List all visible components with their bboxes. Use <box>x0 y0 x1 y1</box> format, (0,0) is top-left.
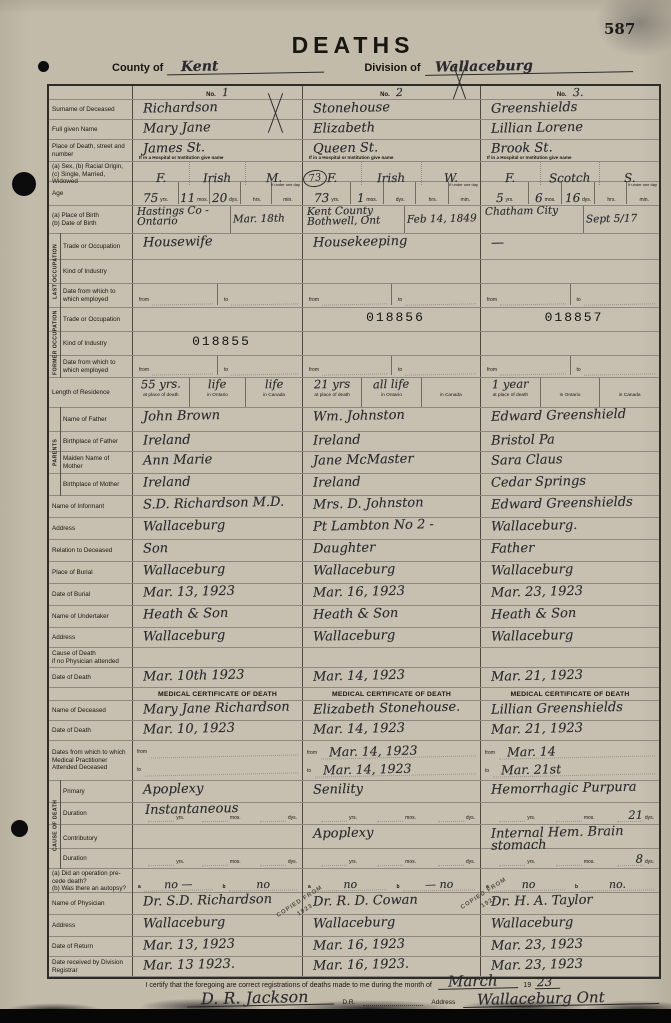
handwritten-value <box>145 762 298 776</box>
section-label-parents: PARENTS <box>50 408 61 496</box>
autopsy-field: b— no <box>392 869 481 892</box>
row-sex-origin-status: (a) Sex, (b) Racial Origin, (c) Single, … <box>49 162 659 182</box>
handwritten-value <box>313 260 478 263</box>
row-former-trade: Trade or Occupation018856018857 <box>49 308 659 332</box>
cell-date-of-return-col2: Mar. 16, 1923 <box>303 937 481 956</box>
cell-informant-address-col1: Wallaceburg <box>133 518 303 539</box>
county-label: County of <box>112 62 163 74</box>
duration-segment: mos. <box>362 812 421 822</box>
cell-physician-col2: Dr. R. D. Cowan <box>303 893 481 914</box>
cell-burial-place-col3: Wallaceburg <box>481 562 659 583</box>
handwritten-value: Mar. 21st <box>493 761 655 777</box>
printed-label: yrs. <box>349 815 357 821</box>
handwritten-value: Ireland <box>313 432 478 448</box>
printed-label: Age <box>52 190 63 198</box>
handwritten-value: Ireland <box>313 474 478 490</box>
cell-burial-date-col1: Mar. 13, 1923 <box>133 584 303 605</box>
printed-label: Contributory <box>63 835 97 843</box>
printed-label: (a) Did an operation pre- cede death? (b… <box>52 870 126 893</box>
printed-label: mos. <box>584 815 595 821</box>
row-relation: Relation to DeceasedSonDaughterFather <box>49 540 659 562</box>
handwritten-value: 8 <box>617 854 643 866</box>
handwritten-value: Elizabeth Stonehouse. <box>313 701 478 717</box>
handwritten-value: 018856 <box>313 312 478 324</box>
printed-label: MEDICAL CERTIFICATE OF DEATH <box>158 691 277 698</box>
age-segment: 11mos. <box>178 182 209 204</box>
printed-label: dys. <box>582 197 591 203</box>
handwritten-value <box>143 260 300 263</box>
printed-label: b <box>397 884 400 890</box>
printed-label: Name of Deceased <box>52 707 106 715</box>
handwritten-value: Wallaceburg <box>143 562 300 578</box>
handwritten-value: Mar. 23, 1923 <box>491 957 657 973</box>
cell-operation-autopsy-col1: ano —bno <box>133 869 303 894</box>
printed-label: in Ontario <box>207 393 228 398</box>
printed-label: from <box>137 749 147 755</box>
cell-former-dates-col2: fromto <box>303 356 481 377</box>
handwritten-value: Brook St. <box>491 140 657 156</box>
row-label-cell: Date of Burial <box>49 584 133 605</box>
handwritten-value <box>143 308 300 311</box>
row-label-cell: Name of Father <box>49 408 133 431</box>
handwritten-value: all life <box>373 379 410 394</box>
handwritten-value: 6 <box>535 193 543 205</box>
handwritten-value: Dr. H. A. Taylor <box>491 893 657 909</box>
cell-cause-contributory-duration-col2: yrs.mos.dys. <box>303 849 481 868</box>
printed-label: Duration <box>63 855 87 863</box>
handwritten-value <box>143 648 300 651</box>
cell-mother-birthplace-col3: Cedar Springs <box>481 474 659 495</box>
printed-label: Name of Undertaker <box>52 613 109 621</box>
age-segment: hrs. <box>240 182 271 204</box>
to-field: to <box>391 356 480 375</box>
from-field: from <box>481 356 570 375</box>
handwritten-value: Dr. R. D. Cowan <box>313 893 478 909</box>
duration-segment: dys. <box>421 812 480 822</box>
handwritten-value: 2 <box>396 87 403 98</box>
printed-label: dys. <box>288 859 297 865</box>
printed-label: in Canada <box>263 393 285 398</box>
cell-medical-certificate-header-col2: MEDICAL CERTIFICATE OF DEATH <box>303 688 481 700</box>
to-field: to <box>137 764 298 775</box>
row-informant: Name of InformantS.D. Richardson M.D.Mrs… <box>49 496 659 518</box>
handwritten-value <box>322 364 387 375</box>
row-label-cell: Address <box>49 915 133 936</box>
row-label-cell: Dates from which to which Medical Practi… <box>49 741 133 780</box>
cell-undertaker-col3: Heath & Son <box>481 606 659 627</box>
printed-label: dys. <box>466 815 475 821</box>
handwritten-value: Edward Greenshields <box>491 496 657 512</box>
handwritten-value: Elizabeth <box>313 120 478 136</box>
row-label-cell: Duration <box>49 803 133 824</box>
row-last-trade: Trade or OccupationHousewifeHousekeeping… <box>49 234 659 260</box>
handwritten-value: Ireland <box>143 432 300 448</box>
printed-label: yrs. <box>160 197 168 203</box>
row-label-cell: Name of Deceased <box>49 701 133 720</box>
handwritten-value: Mar. 16, 1923 <box>313 937 478 953</box>
row-physician: Name of PhysicianDr. S.D. RichardsonDr. … <box>49 893 659 915</box>
printed-label: from <box>139 297 149 303</box>
cell-last-industry-col3 <box>481 260 659 283</box>
cell-cause-contributory-col3: Internal Hem. Brain stomach <box>481 825 659 852</box>
place-of-birth: Hastings Co - Ontario <box>133 206 231 233</box>
handwritten-value: 21 yrs <box>314 379 350 394</box>
printed-label: in Ontario <box>381 393 402 398</box>
duration-segment: dys. <box>246 812 302 822</box>
printed-label: Address <box>52 634 75 642</box>
cell-last-industry-col2 <box>303 260 481 283</box>
handwritten-value: 20 <box>212 192 228 204</box>
cell-former-dates-col1: fromto <box>133 356 303 377</box>
printed-label: hrs. <box>253 197 261 203</box>
printed-label: Kind of Industry <box>63 268 107 276</box>
cell-cause-primary-duration-col2: yrs.mos.dys. <box>303 803 481 824</box>
handwritten-value: Instantaneous <box>145 803 239 817</box>
cell-surname-col3: Greenshields <box>481 100 659 119</box>
printed-label: mos. <box>197 197 208 203</box>
row-label-cell: Date of Death <box>49 721 133 740</box>
cell-date-of-death-col1: Mar. 10th 1923 <box>133 668 303 687</box>
cell-cert-name-col1: Mary Jane Richardson <box>133 701 303 720</box>
handwritten-value: Wallaceburg <box>491 562 657 578</box>
printed-label: b <box>223 884 226 890</box>
handwritten-value: Queen St. <box>313 140 478 156</box>
row-label-cell: Place of Burial <box>49 562 133 583</box>
printed-label: Trade or Occupation <box>63 243 120 251</box>
age-segment: 20dys. <box>209 182 240 204</box>
cell-father-birthplace-col3: Bristol Pa <box>481 432 659 451</box>
cell-former-trade-col3: 018857 <box>481 308 659 331</box>
from-field: from <box>137 746 298 757</box>
cell-informant-address-col3: Wallaceburg. <box>481 518 659 539</box>
row-last-industry: Kind of Industry <box>49 260 659 284</box>
cell-undertaker-col2: Heath & Son <box>303 606 481 627</box>
printed-label: MEDICAL CERTIFICATE OF DEATH <box>511 691 630 698</box>
printed-label: min. <box>283 197 292 203</box>
handwritten-value: Bristol Pa <box>491 432 657 448</box>
printed-label: min. <box>461 197 470 203</box>
printed-label: mos. <box>230 859 241 865</box>
cell-place-of-death-col2: Queen St.If in a Hospital or Institution… <box>303 140 481 161</box>
printed-label: Primary <box>63 788 85 796</box>
handwritten-value <box>260 812 286 823</box>
handwritten-value: Greenshields <box>491 100 657 116</box>
handwritten-value <box>322 294 387 305</box>
cell-birth-col2: Kent County Bothwell, OntFeb 14, 1849 <box>303 206 481 233</box>
printed-label: from <box>487 367 497 373</box>
hole-punch <box>38 61 49 72</box>
row-surname: Surname of DeceasedRichardsonStonehouseG… <box>49 100 659 120</box>
cell-date-of-return-col1: Mar. 13, 1923 <box>133 937 303 956</box>
handwritten-value: Sara Claus <box>491 452 657 468</box>
scan-bottom-edge <box>0 1009 671 1023</box>
handwritten-value <box>313 332 478 335</box>
cell-given-name-col2: Elizabeth <box>303 120 481 139</box>
row-cert-name: Name of DeceasedMary Jane RichardsonEliz… <box>49 701 659 721</box>
handwritten-value: 1 <box>222 87 229 98</box>
handwritten-value: Daughter <box>313 540 478 556</box>
printed-label: Dates from which to which Medical Practi… <box>52 749 126 772</box>
cell-mother-birthplace-col2: Ireland <box>303 474 481 495</box>
date-of-birth: Mar. 18th <box>231 206 302 233</box>
printed-label: Kind of Industry <box>63 340 107 348</box>
handwritten-value: Heath & Son <box>313 606 478 622</box>
handwritten-value: Mar. 23, 1923 <box>491 937 657 953</box>
row-label-cell: Length of Residence <box>49 378 133 407</box>
duration-segment: dys. <box>421 856 480 866</box>
handwritten-value: 5 <box>496 193 504 205</box>
cell-date-of-death-col3: Mar. 21, 1923 <box>481 668 659 687</box>
duration-segment: 8dys. <box>600 854 659 866</box>
handwritten-value <box>405 364 476 375</box>
handwritten-value: Wallaceburg <box>143 628 300 644</box>
printed-label: from <box>309 367 319 373</box>
handwritten-value: Heath & Son <box>143 606 300 622</box>
handwritten-value: Mar. 23, 1923 <box>491 584 657 600</box>
row-mother: Maiden Name of MotherAnn MarieJane McMas… <box>49 452 659 474</box>
handwritten-value: Lillian Lorene <box>491 120 657 136</box>
cell-cause-primary-duration-col3: yrs.mos.21dys. <box>481 803 659 824</box>
cell-medical-certificate-header-col3: MEDICAL CERTIFICATE OF DEATH <box>481 688 659 700</box>
printed-label: If under one day <box>271 182 300 187</box>
handwritten-value: no — <box>144 879 213 892</box>
row-burial-date: Date of BurialMar. 13, 1923Mar. 16, 1923… <box>49 584 659 606</box>
printed-label: dys. <box>466 859 475 865</box>
cell-cause-no-physician-col3 <box>481 648 659 667</box>
printed-label: from <box>485 750 495 756</box>
handwritten-value: no <box>228 879 297 892</box>
handwritten-value: 16 <box>565 192 581 204</box>
cell-last-dates-col1: fromto <box>133 284 303 307</box>
date-of-birth: Feb 14, 1849 <box>405 206 480 233</box>
cell-physician-address-col1: Wallaceburg <box>133 915 303 936</box>
hole-punch <box>12 172 36 196</box>
row-medical-certificate-header: MEDICAL CERTIFICATE OF DEATHMEDICAL CERT… <box>49 688 659 701</box>
cell-mother-col3: Sara Claus <box>481 452 659 473</box>
age-segment: hrs. <box>415 182 447 204</box>
row-label-cell: Full given Name <box>49 120 133 139</box>
printed-label: yrs. <box>349 859 357 865</box>
cell-attended-dates-col3: fromMar. 14toMar. 21st <box>481 741 659 780</box>
handwritten-value <box>491 332 657 335</box>
row-label-cell: (a) Place of Birth (b) Date of Birth <box>49 206 133 233</box>
operation-field: ano — <box>133 869 218 892</box>
cell-given-name-col3: Lillian Lorene <box>481 120 659 139</box>
printed-label: Date of Return <box>52 943 93 951</box>
cell-father-birthplace-col2: Ireland <box>303 432 481 451</box>
place-of-birth: Chatham City <box>481 206 584 233</box>
handwritten-value: Ann Marie <box>143 452 300 468</box>
row-cause-contributory: ContributoryApoplexyInternal Hem. Brain … <box>49 825 659 849</box>
cell-former-trade-col1 <box>133 308 303 331</box>
handwritten-value: Mar. 13 1923. <box>143 957 300 973</box>
row-label-cell: Relation to Deceased <box>49 540 133 561</box>
cell-former-trade-col2: 018856 <box>303 308 481 331</box>
printed-label: MEDICAL CERTIFICATE OF DEATH <box>332 691 451 698</box>
handwritten-value: Wallaceburg <box>491 915 657 931</box>
x-mark <box>262 92 288 134</box>
handwritten-value: Lillian Greenshields <box>491 701 657 717</box>
handwritten-value: Wallaceburg <box>313 915 478 931</box>
row-label-cell: (a) Did an operation pre- cede death? (b… <box>49 869 133 894</box>
printed-label: If in a Hospital or Institution give nam… <box>487 155 571 160</box>
cell-last-dates-col2: fromto <box>303 284 481 307</box>
printed-label: in Canada <box>440 393 462 398</box>
cell-place-of-death-col3: Brook St.If in a Hospital or Institution… <box>481 140 659 161</box>
handwritten-value: Mar. 14, 1923 <box>313 721 478 737</box>
cell-cause-contributory-duration-col1: yrs.mos.dys. <box>133 849 303 868</box>
handwritten-value <box>556 812 582 823</box>
row-burial-place: Place of BurialWallaceburgWallaceburgWal… <box>49 562 659 584</box>
handwritten-value: Mar. 10th 1923 <box>143 668 300 684</box>
handwritten-value: Mar. 14, 1923 <box>315 761 476 777</box>
residence-segment: lifein Canada <box>245 378 302 407</box>
handwritten-value <box>152 364 213 375</box>
cell-residence-col1: 55 yrs.at place of deathlifein Ontarioli… <box>133 378 303 407</box>
section-label-last-occupation: LAST OCCUPATION <box>50 234 61 308</box>
cell-residence-col2: 21 yrsat place of deathall lifein Ontari… <box>303 378 481 407</box>
cell-cert-name-col2: Elizabeth Stonehouse. <box>303 701 481 720</box>
handwritten-value: — no <box>402 879 475 892</box>
printed-label: Date received by Division Registrar <box>52 959 123 974</box>
duration-segment: mos. <box>540 856 599 866</box>
cell-medical-certificate-header-col1: MEDICAL CERTIFICATE OF DEATH <box>133 688 303 700</box>
cell-date-of-return-col3: Mar. 23, 1923 <box>481 937 659 956</box>
row-cert-date-of-death: Date of DeathMar. 10, 1923Mar. 14, 1923M… <box>49 721 659 741</box>
handwritten-value: 73 <box>314 192 330 204</box>
row-attended-dates: Dates from which to which Medical Practi… <box>49 741 659 781</box>
duration-segment: yrs. <box>481 812 540 822</box>
row-father-birthplace: Birthplace of FatherIrelandIrelandBristo… <box>49 432 659 452</box>
row-label-cell: Place of Death, street and number <box>49 140 133 161</box>
row-label-cell: Primary <box>49 781 133 802</box>
printed-label: Date of Burial <box>52 591 90 599</box>
cell-burial-place-col2: Wallaceburg <box>303 562 481 583</box>
handwritten-value: Father <box>491 540 657 556</box>
handwritten-value <box>500 364 566 375</box>
row-label-cell: Surname of Deceased <box>49 100 133 119</box>
printed-label: Relation to Deceased <box>52 547 112 555</box>
handwritten-value: Feb 14, 1849 <box>407 214 477 225</box>
cell-cause-contributory-col2: Apoplexy <box>303 825 481 852</box>
printed-label: dys. <box>288 815 297 821</box>
printed-label: a <box>138 884 141 890</box>
duration-segment: 21dys. <box>600 810 659 822</box>
handwritten-value: 1 year <box>492 379 529 394</box>
printed-label: Length of Residence <box>52 389 110 397</box>
cell-former-dates-col3: fromto <box>481 356 659 377</box>
handwritten-value: 11 <box>180 192 196 204</box>
printed-label: to <box>577 367 581 373</box>
handwritten-value <box>313 648 478 651</box>
printed-label: If in a Hospital or Institution give nam… <box>139 155 223 160</box>
row-label-cell: Date from which to which employed <box>49 356 133 377</box>
printed-label: from <box>307 750 317 756</box>
age-segment: 6mos. <box>528 182 561 204</box>
handwritten-value: 018857 <box>491 312 657 324</box>
to-field: to <box>217 284 302 305</box>
handwritten-value: Mar. 10, 1923 <box>143 721 300 737</box>
printed-label: Place of Burial <box>52 569 93 577</box>
printed-label: Address <box>52 922 75 930</box>
handwritten-value: Son <box>143 540 300 556</box>
cell-father-col2: Wm. Johnston <box>303 408 481 431</box>
duration-segment: mos. <box>189 856 245 866</box>
handwritten-value <box>405 294 476 305</box>
printed-label: to <box>485 768 489 774</box>
handwritten-value <box>438 856 464 867</box>
cell-undertaker-address-col3: Wallaceburg <box>481 628 659 647</box>
from-field: from <box>133 284 217 305</box>
printed-label: Name of Informant <box>52 503 104 511</box>
row-label-cell: Date of Death <box>49 668 133 687</box>
row-father: Name of FatherJohn BrownWm. JohnstonEdwa… <box>49 408 659 432</box>
printed-label: from <box>487 297 497 303</box>
cell-cert-date-of-death-col3: Mar. 21, 1923 <box>481 721 659 740</box>
to-field: toMar. 21st <box>485 763 655 776</box>
cell-father-birthplace-col1: Ireland <box>133 432 303 451</box>
printed-label: min. <box>639 197 648 203</box>
row-label-cell: Cause of Death if no Physician attended <box>49 648 133 667</box>
handwritten-value <box>377 856 403 867</box>
duration-segment: dys. <box>246 856 302 866</box>
handwritten-value: Hastings Co - Ontario <box>137 206 228 228</box>
handwritten-value: S.D. Richardson M.D. <box>143 496 300 512</box>
row-physician-address: AddressWallaceburgWallaceburgWallaceburg <box>49 915 659 937</box>
printed-label: If under one day <box>449 182 478 187</box>
handwritten-value: no. <box>581 879 654 892</box>
row-label-cell <box>49 86 133 99</box>
row-last-dates: Date from which to which employedfromtof… <box>49 284 659 308</box>
row-label-cell: Maiden Name of Mother <box>49 452 133 473</box>
handwritten-value: Mar. 16, 1923. <box>313 957 478 973</box>
handwritten-value: Pt Lambton No 2 - <box>313 518 478 534</box>
printed-label: Address <box>52 525 75 533</box>
printed-label: yrs. <box>331 197 339 203</box>
cell-cause-primary-col2: Senility <box>303 781 481 802</box>
printed-label: Place of Death, street and number <box>52 143 131 158</box>
hole-punch <box>11 820 28 837</box>
from-field: from <box>481 284 570 305</box>
residence-segment: 21 yrsat place of death <box>303 378 361 407</box>
printed-label: (a) Place of Birth (b) Date of Birth <box>52 212 99 227</box>
duration-segment: yrs. <box>481 856 540 866</box>
row-label-cell: Birthplace of Father <box>49 432 133 451</box>
age-segment: 75yrs. <box>133 182 178 204</box>
row-label-cell: Name of Informant <box>49 496 133 517</box>
printed-label: Maiden Name of Mother <box>63 455 109 470</box>
cell-undertaker-address-col1: Wallaceburg <box>133 628 303 647</box>
handwritten-value: Mar. 14, 1923 <box>313 668 478 684</box>
date-of-birth: Sept 5/17 <box>584 206 659 233</box>
row-label-cell: Duration <box>49 849 133 868</box>
printed-label: Trade or Occupation <box>63 316 120 324</box>
cell-place-of-death-col1: James St.If in a Hospital or Institution… <box>133 140 303 161</box>
cell-mother-col2: Jane McMaster <box>303 452 481 473</box>
printed-label: hrs. <box>429 197 437 203</box>
printed-label: from <box>139 367 149 373</box>
handwritten-value: Hemorrhagic Purpura <box>491 781 657 797</box>
row-given-name: Full given NameMary JaneElizabethLillian… <box>49 120 659 140</box>
cell-informant-address-col2: Pt Lambton No 2 - <box>303 518 481 539</box>
printed-label: mos. <box>405 815 416 821</box>
handwritten-value <box>499 856 525 867</box>
printed-label: hrs. <box>607 197 615 203</box>
cell-last-trade-col1: Housewife <box>133 234 303 259</box>
printed-label: dys. <box>229 197 238 203</box>
printed-label: b <box>575 884 578 890</box>
handwritten-value: Jane McMaster <box>313 452 478 468</box>
